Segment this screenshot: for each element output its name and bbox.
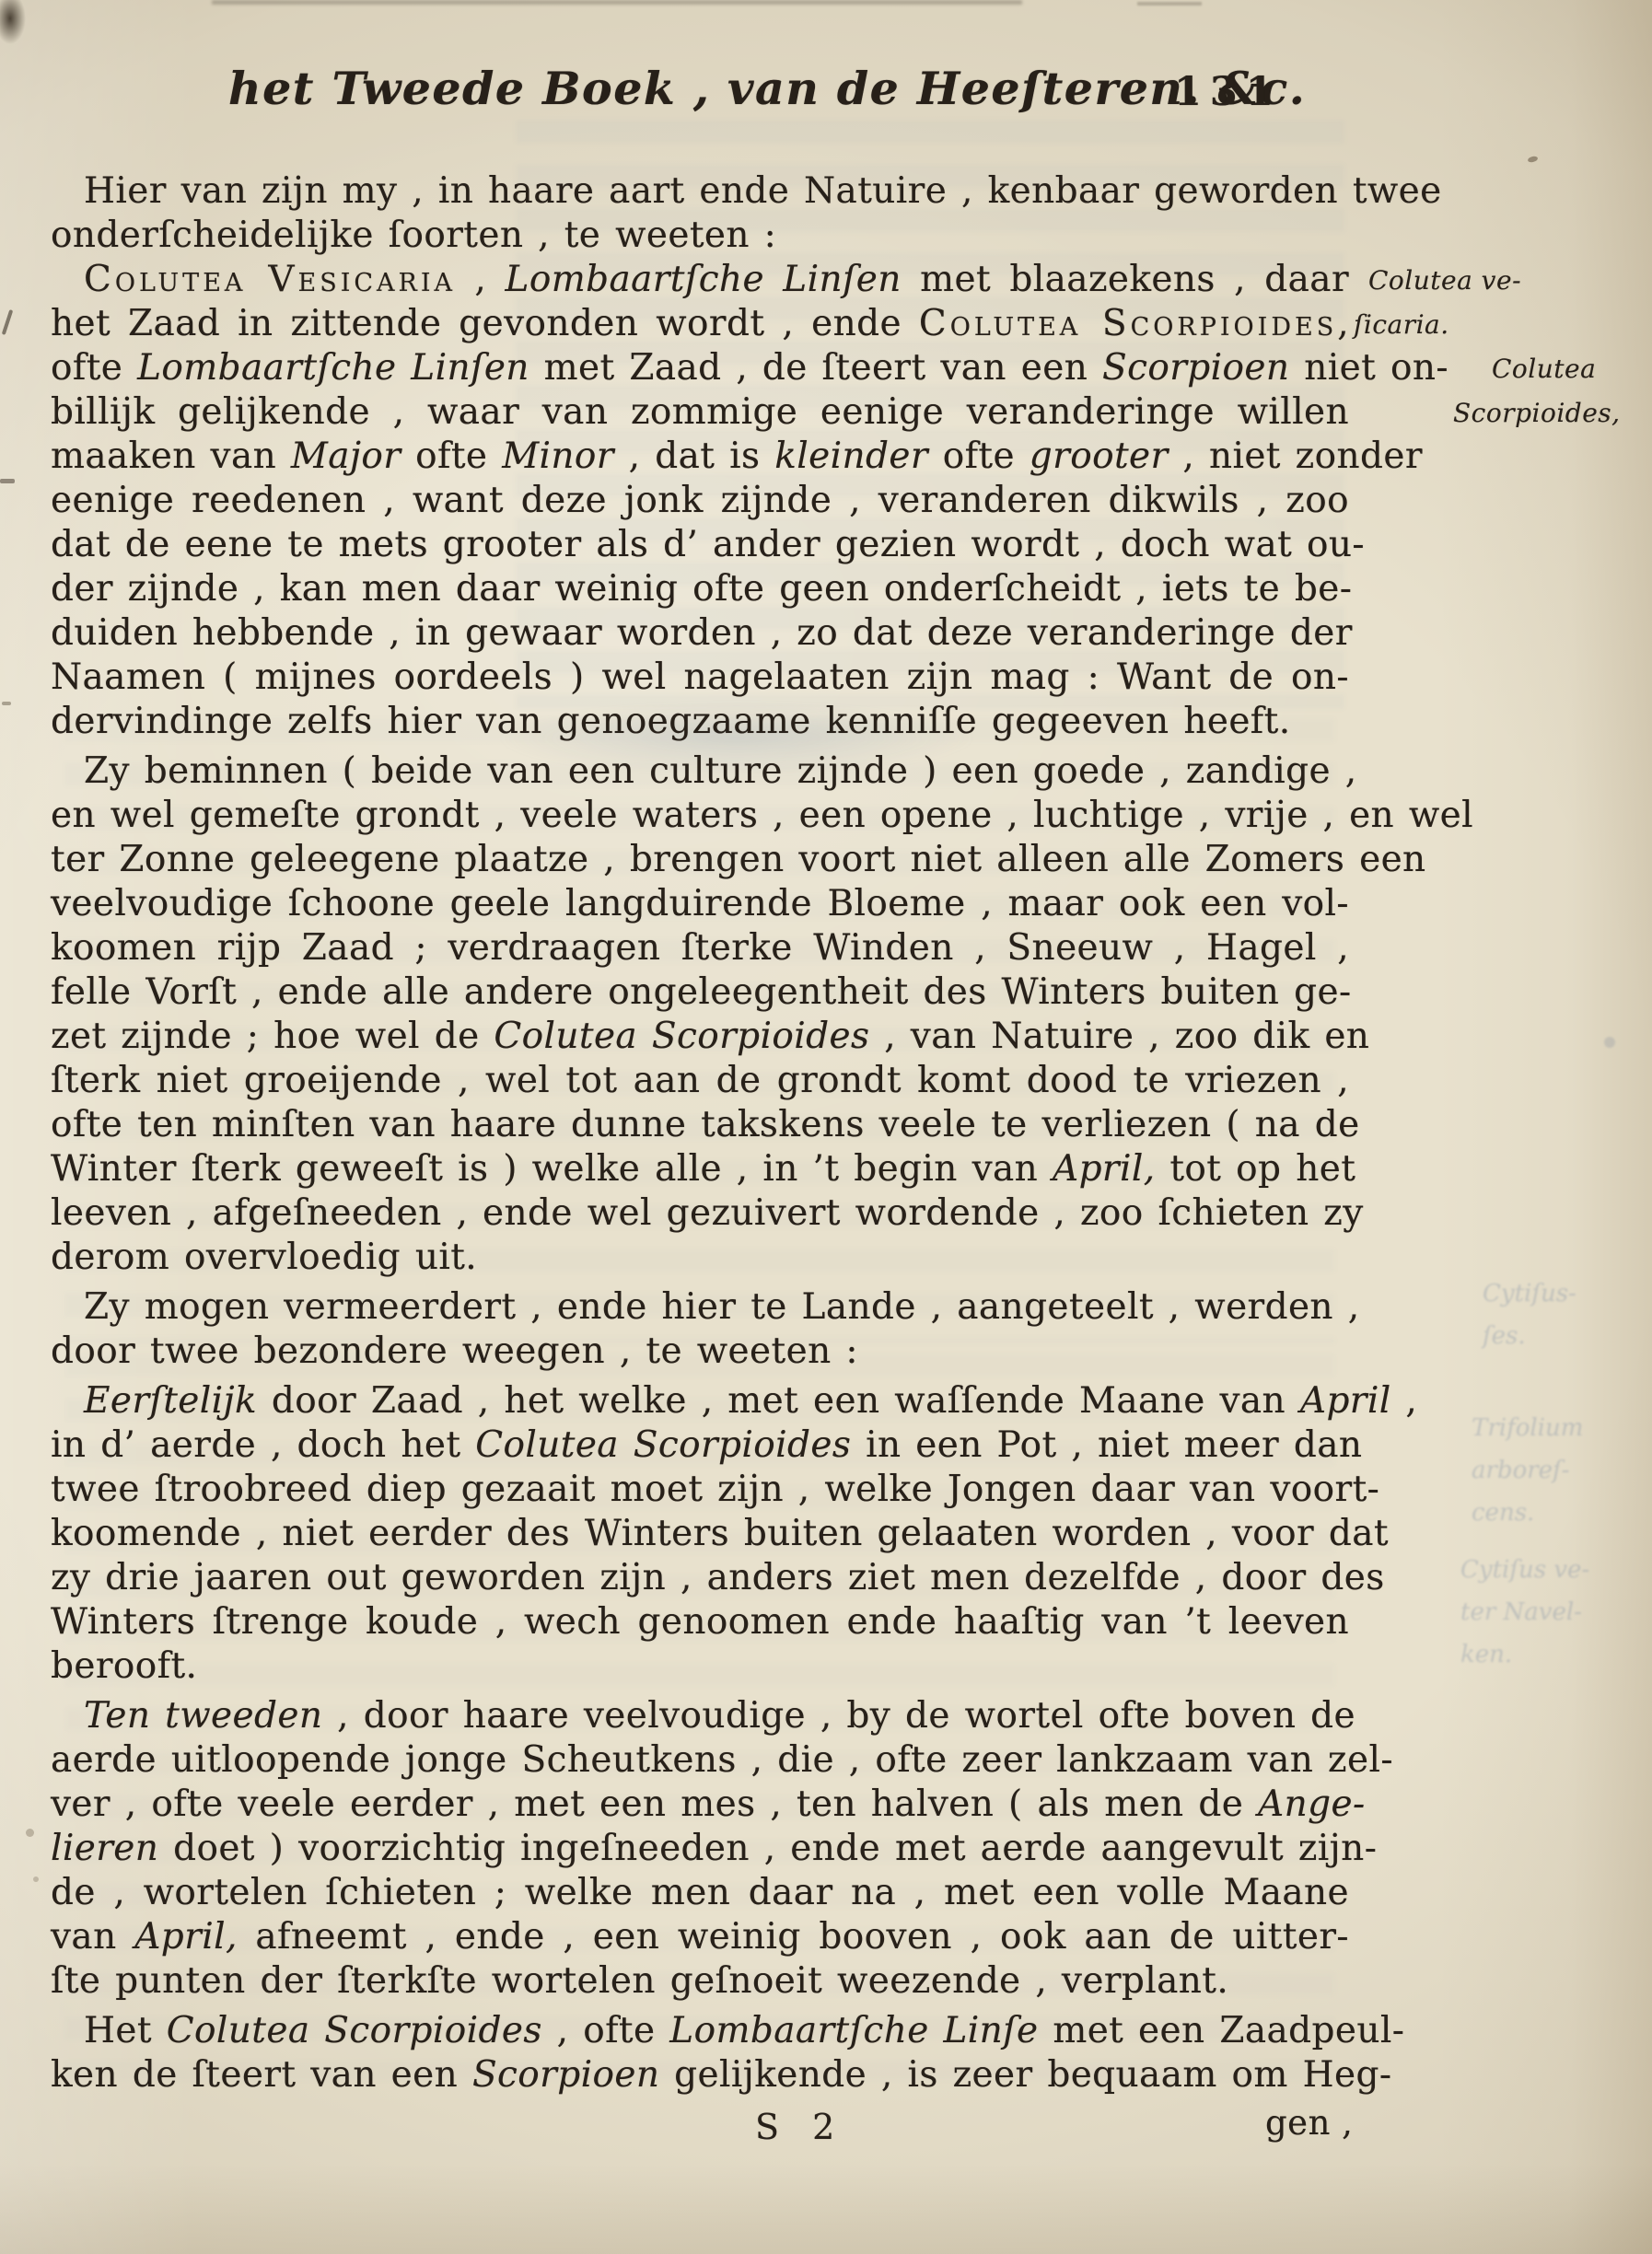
text-line: ſte punten der ſterkſte wortelen geſnoei… <box>51 1959 1349 2004</box>
italic-run: April, <box>1053 1148 1156 1190</box>
ghost-margin-note: Cytiſus-ſes. <box>1483 1272 1576 1357</box>
text-line: de , wortelen ſchieten ; welke men daar … <box>51 1871 1349 1915</box>
text-line: dat de eene te mets grooter als d’ ander… <box>51 523 1349 567</box>
text-line: ofte Lombaartſche Linſen met Zaad , de ſ… <box>51 346 1349 390</box>
ghost-line: Cytiſus- <box>1483 1272 1576 1315</box>
italic-run: grooter <box>1030 436 1169 477</box>
text-line: aerde uitloopende jonge Scheutkens , die… <box>51 1738 1349 1783</box>
text-run: , <box>1391 1380 1418 1422</box>
running-header-title: het Tweede Boek , van de Heeſteren. &c. <box>228 61 1306 116</box>
text-line: Ten tweeden , door haare veelvoudige , b… <box>51 1694 1349 1738</box>
ghost-line: cens. <box>1472 1492 1583 1534</box>
margin-note: ſicaria. <box>1354 309 1449 341</box>
margin-note: Colutea ve- <box>1368 265 1521 296</box>
text-run: berooft. <box>51 1645 197 1687</box>
text-run: Het <box>84 2010 167 2051</box>
ink-speck <box>1137 2 1202 6</box>
ink-speck <box>2 702 11 705</box>
text-run: ofte ten minſten van haare dunne taksken… <box>51 1104 1360 1145</box>
ink-speck <box>33 1876 39 1882</box>
text-run: ter Zonne geleegene plaatze , brengen vo… <box>51 839 1426 880</box>
italic-run: April <box>1300 1380 1391 1422</box>
text-run: zy drie jaaren out geworden zijn , ander… <box>51 1557 1385 1598</box>
italic-run: Ten tweeden <box>84 1695 322 1737</box>
italic-run: Major <box>291 436 401 477</box>
text-run: Zy beminnen ( beide van een culture zijn… <box>84 750 1357 792</box>
text-line: Eerſtelijk door Zaad , het welke , met e… <box>51 1379 1349 1423</box>
text-run: derom overvloedig uit. <box>51 1237 477 1278</box>
text-run: in een Pot , niet meer dan <box>851 1424 1362 1466</box>
page-number: 131 <box>1174 66 1282 118</box>
text-run: het Zaad in zittende gevonden wordt , en… <box>51 303 919 344</box>
italic-run: Colutea Scorpioides <box>475 1424 851 1466</box>
ink-speck <box>0 0 26 44</box>
paragraph: Colutea Vesicaria , Lombaartſche Linſen … <box>51 258 1349 744</box>
text-run: ken de ſteert van een <box>51 2054 472 2096</box>
text-line: ter Zonne geleegene plaatze , brengen vo… <box>51 838 1349 882</box>
text-line: Zy beminnen ( beide van een culture zijn… <box>51 749 1349 794</box>
catchword: gen , <box>1265 2103 1353 2143</box>
text-line: in d’ aerde , doch het Colutea Scorpioid… <box>51 1423 1349 1468</box>
text-run: , ofte <box>542 2010 669 2051</box>
italic-run: Lombaartſche Linſen <box>137 347 529 389</box>
text-line: Colutea Vesicaria , Lombaartſche Linſen … <box>51 258 1349 302</box>
text-line: lieren doet ) voorzichtig ingeſneeden , … <box>51 1827 1349 1871</box>
text-run: afneemt , ende , een weinig booven , ook… <box>238 1916 1349 1958</box>
ink-speck <box>212 0 1022 5</box>
text-line: leeven , afgeſneeden , ende wel gezuiver… <box>51 1191 1349 1236</box>
text-run: ver , ofte veele eerder , met een mes , … <box>51 1783 1258 1825</box>
text-line: en wel gemeſte grondt , veele waters , e… <box>51 794 1349 838</box>
text-line: veelvoudige ſchoone geele langduirende B… <box>51 882 1349 926</box>
italic-run: Lombaartſche Linſen <box>506 259 902 300</box>
text-run: duiden hebbende , in gewaar worden , zo … <box>51 612 1353 654</box>
text-line: derom overvloedig uit. <box>51 1236 1349 1280</box>
italic-run: April, <box>134 1916 238 1958</box>
text-run: leeven , afgeſneeden , ende wel gezuiver… <box>51 1192 1364 1234</box>
text-run: Winters ſtrenge koude , wech genoomen en… <box>51 1601 1349 1643</box>
text-line: berooft. <box>51 1644 1349 1689</box>
text-run: twee ſtroobreed diep gezaait moet zijn ,… <box>51 1469 1379 1510</box>
text-line: Zy mogen vermeerdert , ende hier te Land… <box>51 1285 1349 1330</box>
text-line: van April, afneemt , ende , een weinig b… <box>51 1915 1349 1959</box>
text-line: dervindinge zelfs hier van genoegzaame k… <box>51 700 1349 744</box>
text-run: in d’ aerde , doch het <box>51 1424 475 1466</box>
smallcaps-run: Colutea Vesicaria <box>84 259 456 300</box>
text-run: Winter ſterk geweeſt is ) welke alle , i… <box>51 1148 1053 1190</box>
smallcaps-run: Colutea Scorpioides <box>919 303 1337 344</box>
text-run: Hier van zijn my , in haare aart ende Na… <box>84 170 1442 212</box>
text-run: koomende , niet eerder des Winters buite… <box>51 1513 1389 1554</box>
ghost-line: ter Navel- <box>1460 1591 1589 1633</box>
ink-speck <box>1527 156 1538 163</box>
text-run: koomen rijp Zaad ; verdraagen ſterke Win… <box>51 927 1349 969</box>
text-line: der zijnde , kan men daar weinig ofte ge… <box>51 567 1349 611</box>
text-run: , dat is <box>614 436 774 477</box>
signature-mark: S 2 <box>755 2107 845 2147</box>
text-run: felle Vorſt , ende alle andere ongeleege… <box>51 971 1352 1013</box>
ghost-line: Cytiſus ve- <box>1460 1549 1589 1591</box>
italic-run: Colutea Scorpioides <box>167 2010 542 2051</box>
book-page-scan: het Tweede Boek , van de Heeſteren. &c. … <box>0 0 1652 2254</box>
text-run: tot op het <box>1156 1148 1356 1190</box>
text-run: , door haare veelvoudige , by de wortel … <box>322 1695 1355 1737</box>
text-run: Naamen ( mijnes oordeels ) wel nagelaate… <box>51 656 1349 698</box>
text-run: met blaazekens , daar <box>902 259 1349 300</box>
paragraph: Eerſtelijk door Zaad , het welke , met e… <box>51 1379 1349 1689</box>
text-run: doet ) voorzichtig ingeſneeden , ende me… <box>158 1828 1377 1869</box>
text-run: , <box>1337 303 1349 344</box>
text-run: ſterk niet groeijende , wel tot aan de g… <box>51 1060 1349 1101</box>
paragraph: Hier van zijn my , in haare aart ende Na… <box>51 169 1349 258</box>
text-line: onderſcheidelijke ſoorten , te weeten : <box>51 214 1349 258</box>
text-line: zy drie jaaren out geworden zijn , ander… <box>51 1556 1349 1600</box>
text-run: ſte punten der ſterkſte wortelen geſnoei… <box>51 1960 1228 2002</box>
text-line: koomende , niet eerder des Winters buite… <box>51 1512 1349 1556</box>
text-run: onderſcheidelijke ſoorten , te weeten : <box>51 215 776 256</box>
text-run: dervindinge zelfs hier van genoegzaame k… <box>51 701 1291 742</box>
ghost-line: arboreſ- <box>1472 1449 1583 1492</box>
text-line: maaken van Major ofte Minor , dat is kle… <box>51 435 1349 479</box>
margin-note: Scorpioides, <box>1453 398 1621 429</box>
text-line: Winters ſtrenge koude , wech genoomen en… <box>51 1600 1349 1644</box>
text-line: door twee bezondere weegen , te weeten : <box>51 1330 1349 1374</box>
text-line: eenige reedenen , want deze jonk zijnde … <box>51 479 1349 523</box>
ink-speck <box>26 1829 34 1837</box>
text-line: billijk gelijkende , waar van zommige ee… <box>51 390 1349 435</box>
text-run: zet zijnde ; hoe wel de <box>51 1016 494 1057</box>
text-run: ofte <box>928 436 1030 477</box>
italic-run: Eerſtelijk <box>84 1380 257 1422</box>
text-line: ver , ofte veele eerder , met een mes , … <box>51 1783 1349 1827</box>
italic-run: Scorpioen <box>1102 347 1289 389</box>
text-run: van <box>51 1916 134 1958</box>
italic-run: Ange- <box>1258 1783 1366 1825</box>
text-run: met Zaad , de ſteert van een <box>529 347 1102 389</box>
text-run: ofte <box>51 347 137 389</box>
ink-speck <box>1604 1037 1615 1048</box>
text-run: gelijkende , is zeer bequaam om Heg- <box>659 2054 1391 2096</box>
ghost-margin-note: Cytiſus ve-ter Navel-ken. <box>1460 1549 1589 1676</box>
text-line: felle Vorſt , ende alle andere ongeleege… <box>51 970 1349 1015</box>
text-run: , niet zonder <box>1169 436 1423 477</box>
text-run: veelvoudige ſchoone geele langduirende B… <box>51 883 1349 924</box>
text-line: Hier van zijn my , in haare aart ende Na… <box>51 169 1349 214</box>
italic-run: kleinder <box>774 436 928 477</box>
text-run: maaken van <box>51 436 291 477</box>
text-line: Winter ſterk geweeſt is ) welke alle , i… <box>51 1147 1349 1191</box>
text-line: Het Colutea Scorpioides , ofte Lombaartſ… <box>51 2009 1349 2053</box>
text-run: en wel gemeſte grondt , veele waters , e… <box>51 795 1473 836</box>
text-run: , van Natuire , zoo dik en <box>869 1016 1369 1057</box>
text-run: dat de eene te mets grooter als d’ ander… <box>51 524 1365 565</box>
italic-run: Lombaartſche Linſe <box>669 2010 1038 2051</box>
margin-note: Colutea <box>1492 354 1596 385</box>
text-run: Zy mogen vermeerdert , ende hier te Land… <box>84 1286 1360 1328</box>
text-line: twee ſtroobreed diep gezaait moet zijn ,… <box>51 1468 1349 1512</box>
text-line: ſterk niet groeijende , wel tot aan de g… <box>51 1059 1349 1103</box>
ghost-line: ken. <box>1460 1633 1589 1676</box>
text-line: duiden hebbende , in gewaar worden , zo … <box>51 611 1349 656</box>
ghost-margin-note: Trifoliumarboreſ-cens. <box>1472 1407 1583 1534</box>
italic-run: lieren <box>51 1828 158 1869</box>
ghost-line: Trifolium <box>1472 1407 1583 1449</box>
text-run: ofte <box>401 436 502 477</box>
italic-run: Scorpioen <box>472 2054 659 2096</box>
text-line: koomen rijp Zaad ; verdraagen ſterke Win… <box>51 926 1349 970</box>
text-run: door Zaad , het welke , met een waſſende… <box>257 1380 1300 1422</box>
text-line: ofte ten minſten van haare dunne taksken… <box>51 1103 1349 1147</box>
paragraph: Zy beminnen ( beide van een culture zijn… <box>51 749 1349 1280</box>
text-run: eenige reedenen , want deze jonk zijnde … <box>51 480 1349 521</box>
paragraph: Ten tweeden , door haare veelvoudige , b… <box>51 1694 1349 2004</box>
text-run: aerde uitloopende jonge Scheutkens , die… <box>51 1739 1393 1781</box>
text-line: het Zaad in zittende gevonden wordt , en… <box>51 302 1349 346</box>
ink-speck <box>0 479 15 483</box>
text-run: door twee bezondere weegen , te weeten : <box>51 1330 858 1372</box>
text-run: niet on- <box>1289 347 1448 389</box>
ghost-line: ſes. <box>1483 1315 1576 1357</box>
text-run: de , wortelen ſchieten ; welke men daar … <box>51 1872 1349 1913</box>
italic-run: Colutea Scorpioides <box>494 1016 869 1057</box>
paragraph: Het Colutea Scorpioides , ofte Lombaartſ… <box>51 2009 1349 2097</box>
text-run: , <box>456 259 505 300</box>
text-line: zet zijnde ; hoe wel de Colutea Scorpioi… <box>51 1015 1349 1059</box>
italic-run: Minor <box>502 436 614 477</box>
text-line: Naamen ( mijnes oordeels ) wel nagelaate… <box>51 656 1349 700</box>
body-text: Hier van zijn my , in haare aart ende Na… <box>51 169 1349 2097</box>
text-run: billijk gelijkende , waar van zommige ee… <box>51 391 1349 433</box>
ink-speck <box>2 309 13 335</box>
text-run: met een Zaadpeul- <box>1039 2010 1405 2051</box>
text-run: der zijnde , kan men daar weinig ofte ge… <box>51 568 1352 610</box>
paragraph: Zy mogen vermeerdert , ende hier te Land… <box>51 1285 1349 1374</box>
text-line: ken de ſteert van een Scorpioen gelijken… <box>51 2053 1349 2097</box>
